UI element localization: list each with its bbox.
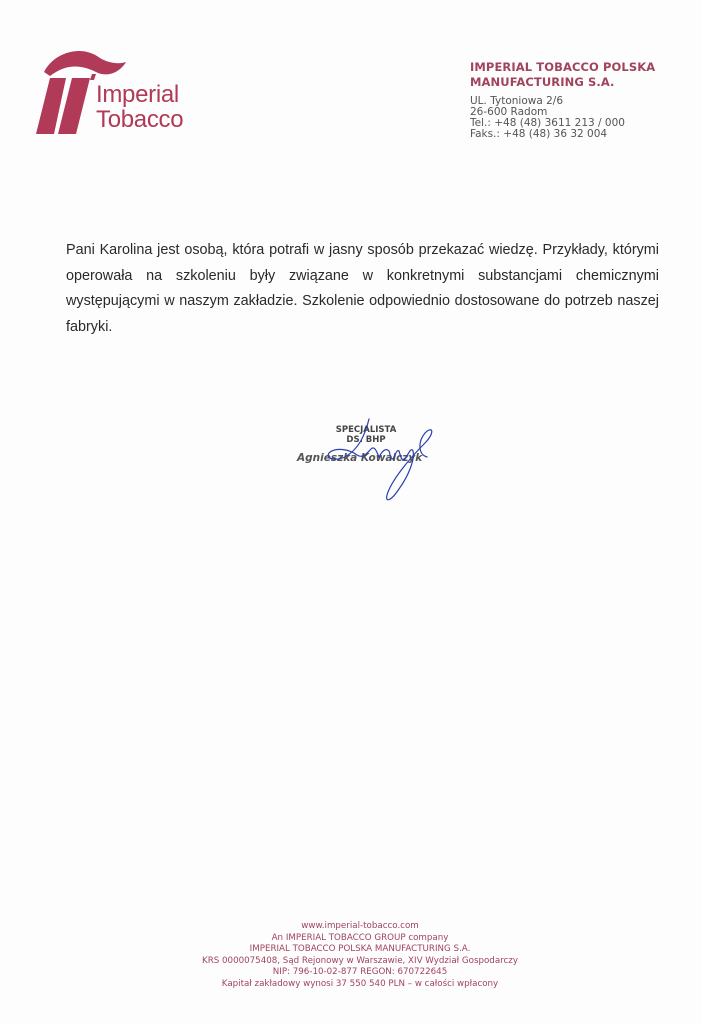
footer-group: An IMPERIAL TOBACCO GROUP company	[150, 933, 570, 945]
logo-line-2: Tobacco	[96, 107, 183, 132]
letter-body: Pani Karolina jest osobą, która potrafi …	[66, 238, 659, 340]
handwritten-signature-icon	[285, 415, 445, 510]
logo-wordmark: Imperial Tobacco	[96, 82, 183, 132]
footer-nip-regon: NIP: 796-10-02-877 REGON: 670722645	[150, 967, 570, 979]
fax-number: Faks.: +48 (48) 36 32 004	[470, 129, 690, 140]
company-header: IMPERIAL TOBACCO POLSKA MANUFACTURING S.…	[470, 60, 690, 140]
footer-krs: KRS 0000075408, Sąd Rejonowy w Warszawie…	[150, 956, 570, 968]
company-name-line-1: IMPERIAL TOBACCO POLSKA	[470, 60, 690, 75]
company-logo: Imperial Tobacco	[32, 42, 202, 142]
logo-line-1: Imperial	[96, 82, 183, 107]
company-name-line-2: MANUFACTURING S.A.	[470, 75, 690, 90]
signature-block: SPECJALISTA DS. BHP Agnieszka Kowalczyk	[285, 415, 445, 510]
letter-page: Imperial Tobacco IMPERIAL TOBACCO POLSKA…	[0, 0, 701, 1024]
company-address: UL. Tytoniowa 2/6 26-600 Radom Tel.: +48…	[470, 96, 690, 140]
company-name: IMPERIAL TOBACCO POLSKA MANUFACTURING S.…	[470, 60, 690, 90]
letter-footer: www.imperial-tobacco.com An IMPERIAL TOB…	[150, 921, 570, 991]
footer-capital: Kapitał zakładowy wynosi 37 550 540 PLN …	[150, 979, 570, 991]
footer-company: IMPERIAL TOBACCO POLSKA MANUFACTURING S.…	[150, 944, 570, 956]
footer-website: www.imperial-tobacco.com	[150, 921, 570, 933]
